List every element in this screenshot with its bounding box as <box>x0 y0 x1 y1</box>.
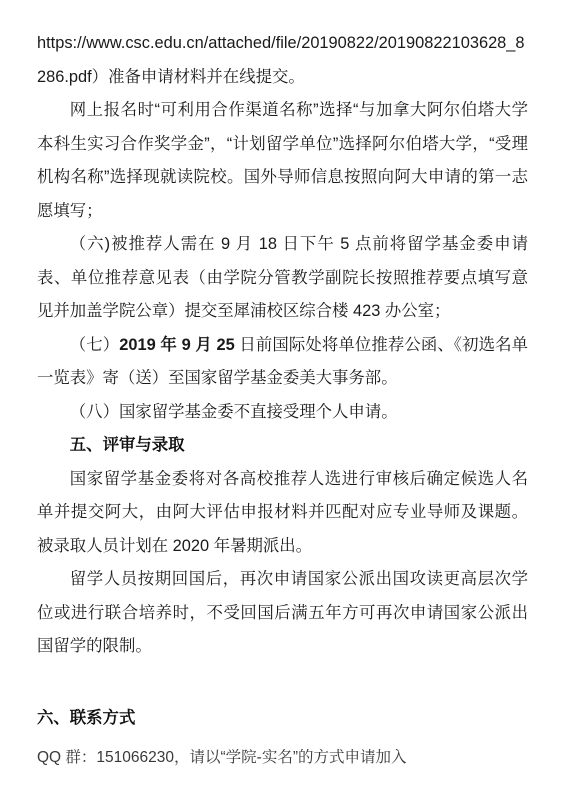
paragraph-return-policy: 留学人员按期回国后，再次申请国家公派出国攻读更高层次学位或进行联合培养时，不受回… <box>37 563 528 664</box>
item-7-deadline-date: 2019 年 9 月 25 <box>119 336 234 354</box>
blank-space <box>37 664 528 702</box>
qq-group-contact-line: QQ 群：151066230，请以“学院-实名”的方式申请加入 <box>37 741 528 775</box>
paragraph-item-8: （八）国家留学基金委不直接受理个人申请。 <box>37 396 528 430</box>
document-page: https://www.csc.edu.cn/attached/file/201… <box>0 0 569 806</box>
section-6-heading: 六、联系方式 <box>37 702 528 736</box>
paragraph-item-6: （六)被推荐人需在 9 月 18 日下午 5 点前将留学基金委申请表、单位推荐意… <box>37 228 528 329</box>
paragraph-url-continuation: https://www.csc.edu.cn/attached/file/201… <box>37 27 528 94</box>
paragraph-review-selection: 国家留学基金委将对各高校推荐人选进行审核后确定候选人名单并提交阿大，由阿大评估申… <box>37 463 528 564</box>
section-5-heading: 五、评审与录取 <box>37 429 528 463</box>
item-7-prefix: （七） <box>70 336 120 354</box>
paragraph-item-7: （七）2019 年 9 月 25 日前国际处将单位推荐公函、《初选名单一览表》寄… <box>37 329 528 396</box>
paragraph-online-registration: 网上报名时“可利用合作渠道名称”选择“与加拿大阿尔伯塔大学本科生实习合作奖学金”… <box>37 94 528 228</box>
